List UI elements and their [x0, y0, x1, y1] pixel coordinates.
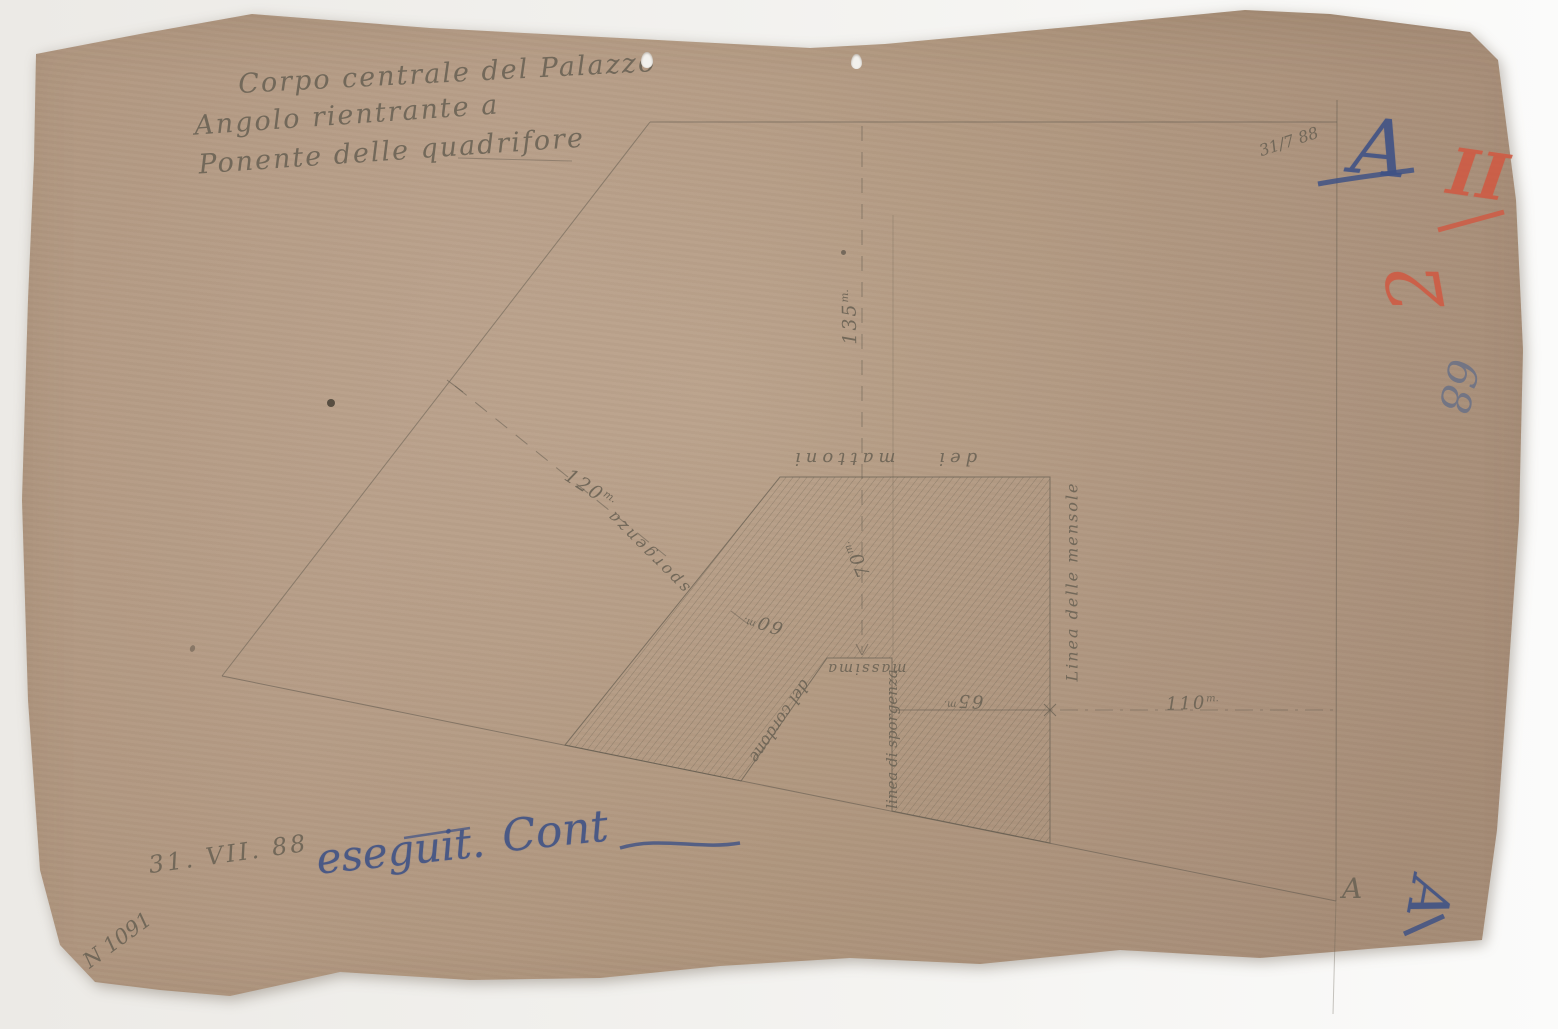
mark-blue-A: A: [1347, 101, 1412, 196]
dim-135-unit: m.: [839, 289, 851, 302]
dim-110-value: 110: [1166, 693, 1207, 715]
corner-letter-pencil: A: [1342, 872, 1362, 905]
label-dei-mattoni: dei mattoni: [790, 448, 977, 469]
small-speck: [841, 250, 846, 255]
dim-110-unit: m.: [1206, 693, 1219, 704]
dim-65-value: 65: [956, 690, 984, 712]
label-linea-di-sporgenza: linea di sporgenza: [883, 669, 901, 809]
scanned-sheet: Corpo centrale del Palazzo Angolo rientr…: [0, 0, 1558, 1029]
dim-65-unit: m.: [944, 698, 957, 709]
dim-135-value: 135: [838, 302, 861, 345]
punch-hole-center: [851, 54, 862, 69]
dim-65: 65m.: [944, 689, 984, 711]
label-linea-delle-mensole: Linea delle mensole: [1063, 481, 1082, 681]
ink-dot: [327, 399, 335, 407]
punch-hole-left: [641, 52, 653, 68]
dim-135: 135m.: [838, 289, 861, 345]
dim-110: 110m.: [1166, 692, 1220, 715]
mark-red-II: II: [1443, 134, 1513, 217]
